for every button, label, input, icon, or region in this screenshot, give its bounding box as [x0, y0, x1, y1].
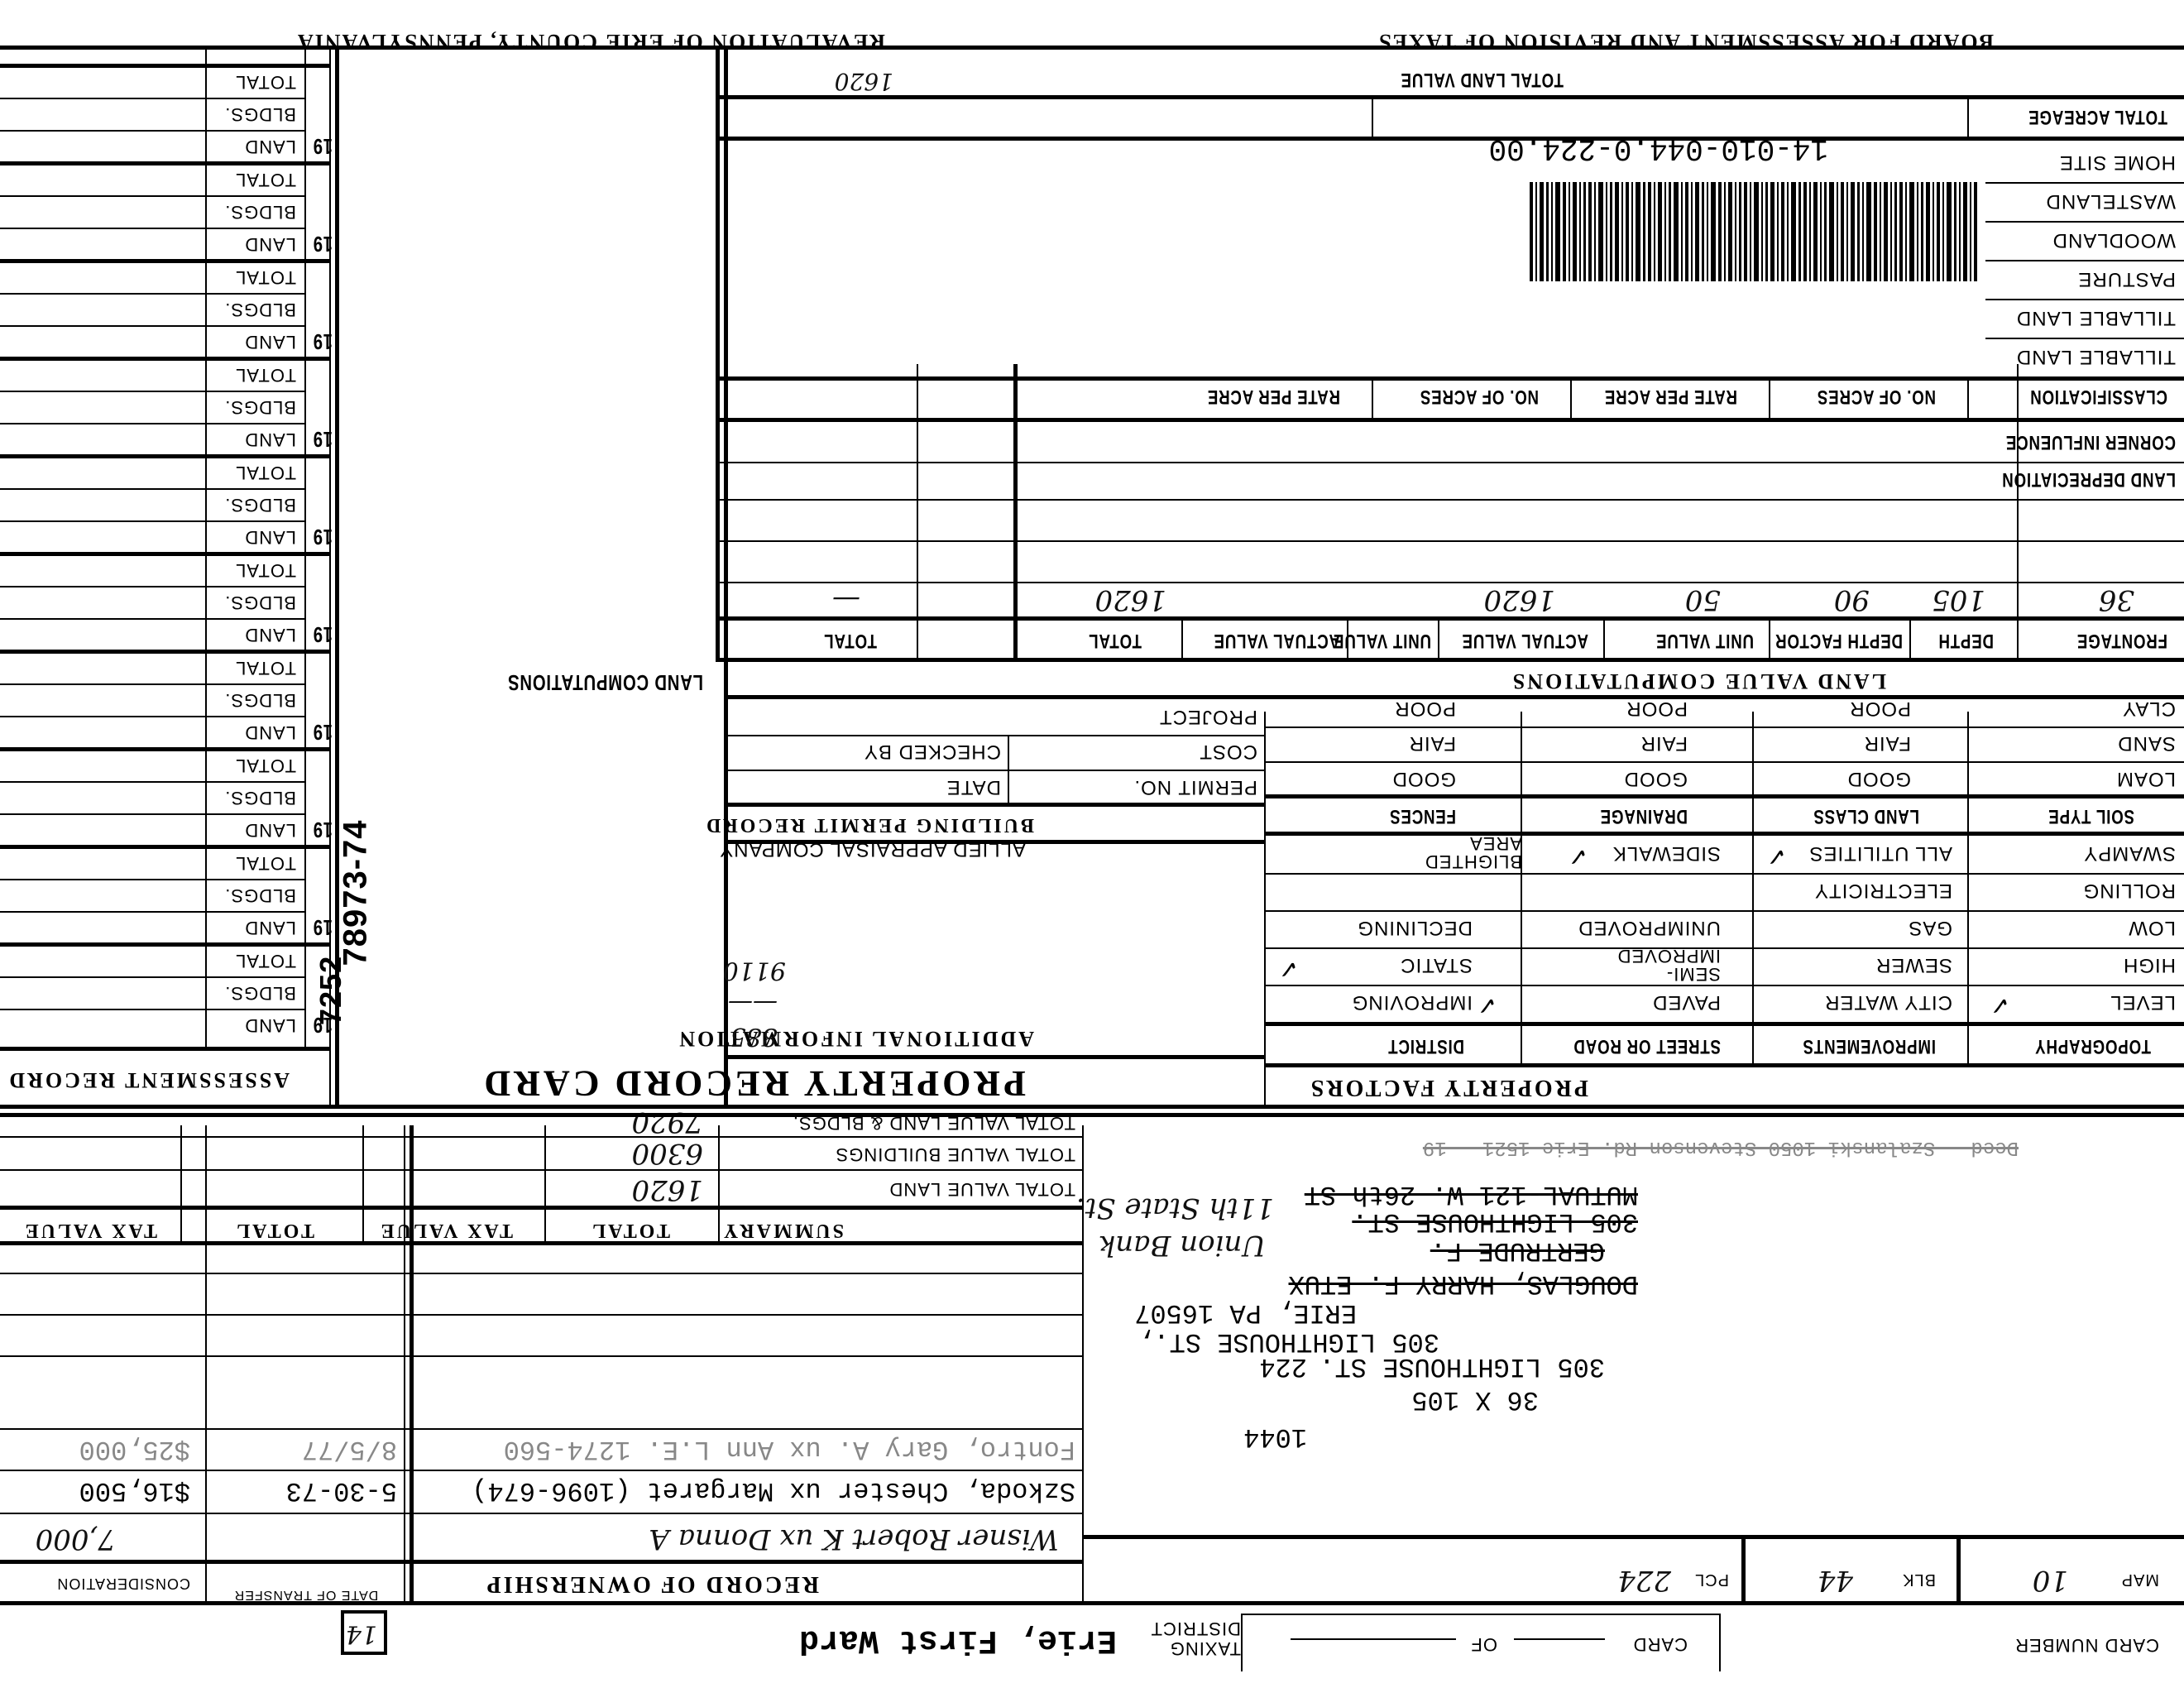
date-of-transfer-header: DATE OF TRANSFER — [232, 1587, 381, 1602]
assessment-row-label: LAND — [244, 722, 296, 743]
summary-total-2: TOTAL — [234, 1219, 314, 1241]
assessment-row-label: TOTAL — [235, 755, 296, 776]
prior-owner-3: 305 LIGHTHOUSE ST. — [1352, 1206, 1638, 1237]
assessment-value-field[interactable] — [4, 362, 203, 389]
fences-good[interactable]: GOOD — [1392, 767, 1456, 790]
assessment-row-label: TOTAL — [235, 364, 296, 386]
classification-header: CLASSIFICATION — [2029, 385, 2167, 408]
assessment-value-field[interactable] — [4, 753, 203, 779]
drainage-fair[interactable]: FAIR — [1640, 731, 1688, 755]
assessment-row-label: TOTAL — [235, 169, 296, 190]
assessment-value-field[interactable] — [4, 948, 203, 975]
fences-fair[interactable]: FAIR — [1409, 731, 1456, 755]
topography-header: TOPOGRAPHY — [2034, 1034, 2151, 1057]
ownership-title: RECORD OF OWNERSHIP — [485, 1571, 819, 1597]
summary-land-bldgs-total[interactable]: 7920 — [631, 1105, 703, 1139]
hand-number-1: 9110 — [723, 956, 786, 985]
assessment-value-field[interactable] — [4, 199, 203, 226]
assessment-value-field[interactable] — [4, 590, 203, 616]
blk-value[interactable]: 44 — [1818, 1564, 1853, 1597]
hand-number-2: —— — [728, 989, 778, 1018]
assessment-value-field[interactable] — [4, 460, 203, 487]
card-of-label: OF — [1470, 1633, 1497, 1655]
assessment-row-label: LAND — [244, 233, 296, 255]
hand-owner-1: Union Bank — [1099, 1229, 1266, 1262]
assessment-value-field[interactable] — [4, 427, 203, 453]
assessment-row-label: TOTAL — [235, 657, 296, 679]
assessment-row-label: BLDGS. — [224, 982, 296, 1004]
total-land-value-label: TOTAL LAND VALUE — [1401, 68, 1564, 91]
assessment-value-field[interactable] — [4, 720, 203, 746]
year-prefix: 19 — [313, 426, 333, 452]
summary-total-1: TOTAL — [590, 1219, 670, 1241]
year-prefix: 19 — [313, 524, 333, 549]
assessment-value-field[interactable] — [4, 232, 203, 258]
lot-dimensions: 36 X 105 — [1411, 1384, 1539, 1415]
county-title: REVALUATION OF ERIE COUNTY, PENNSYLVANIA — [296, 29, 885, 54]
assessment-row-label: BLDGS. — [224, 396, 296, 418]
improvements-header: IMPROVEMENTS — [1803, 1034, 1936, 1057]
year-prefix: 19 — [313, 133, 333, 159]
year-prefix: 19 — [313, 231, 333, 257]
drainage-header: DRAINAGE — [1600, 804, 1688, 827]
assessment-value-field[interactable] — [4, 622, 203, 649]
year-prefix: 19 — [313, 914, 333, 940]
permit-cost-label: COST — [1199, 740, 1257, 763]
soil-clay[interactable]: CLAY — [2122, 697, 2176, 720]
land-value-title: LAND VALUE COMPUTATIONS — [1511, 669, 1886, 693]
hand-owner-2: 11th State St. — [1076, 1192, 1274, 1225]
pcl-label: PCL — [1694, 1570, 1729, 1589]
map-value[interactable]: 10 — [2033, 1564, 2068, 1597]
prior-owner-2: GERTRUDE F. — [1430, 1235, 1605, 1266]
assessment-value-field[interactable] — [4, 981, 203, 1007]
street-header: STREET OR ROAD — [1573, 1034, 1721, 1057]
total-acreage-label: TOTAL ACREAGE — [2028, 105, 2167, 128]
check-icon: ✓ — [1477, 990, 1497, 1019]
assessment-value-field[interactable] — [4, 102, 203, 128]
assessment-record-title: ASSESSMENT RECORD — [7, 1067, 290, 1092]
land-class-header: LAND CLASS — [1813, 804, 1919, 827]
consideration-header: CONSIDERATION — [56, 1575, 190, 1592]
drainage-poor[interactable]: POOR — [1626, 697, 1688, 720]
assessment-value-field[interactable] — [4, 395, 203, 421]
assessment-value-field[interactable] — [4, 818, 203, 844]
summary-buildings-label: TOTAL VALUE BUILDINGS — [836, 1144, 1075, 1165]
pcl-value[interactable]: 224 — [1617, 1564, 1671, 1597]
check-icon: ✓ — [1766, 842, 1787, 870]
mailing-address-1: 305 LIGHTHOUSE ST., — [1137, 1326, 1439, 1357]
property-factors-title: PROPERTY FACTORS — [1309, 1074, 1588, 1101]
land-class-good[interactable]: GOOD — [1847, 767, 1911, 790]
summary-land-label: TOTAL VALUE LAND — [889, 1178, 1075, 1200]
assessment-value-field[interactable] — [4, 851, 203, 877]
prior-owner-4: MUTUAL-121 W. 26th ST — [1305, 1179, 1638, 1210]
assessment-row-label: LAND — [244, 136, 296, 157]
mailing-address-2: ERIE, PA 16507 — [1134, 1297, 1357, 1328]
assessment-row-label: BLDGS. — [224, 103, 296, 125]
summary-land-total[interactable]: 1620 — [631, 1173, 703, 1206]
year-prefix: 19 — [313, 328, 333, 354]
map-label: MAP — [2121, 1570, 2159, 1589]
assessment-row-label: TOTAL — [235, 950, 296, 971]
assessment-row-label: LAND — [244, 1014, 296, 1036]
soil-type-header: SOIL TYPE — [2048, 804, 2134, 827]
ward-code: 1044 — [1243, 1422, 1307, 1452]
assessment-value-field[interactable] — [4, 525, 203, 551]
project-label: PROJECT — [1159, 705, 1257, 728]
assessment-row-label: LAND — [244, 917, 296, 938]
assessment-value-field[interactable] — [4, 558, 203, 584]
assessment-row-label: BLDGS. — [224, 299, 296, 320]
taxing-district-value: Erie, First Ward — [799, 1621, 1117, 1658]
assessment-value-field[interactable] — [4, 688, 203, 714]
assessment-row-label: TOTAL — [235, 266, 296, 288]
taxing-district-label: TAXING DISTRICT — [1125, 1618, 1241, 1658]
assessment-row-label: BLDGS. — [224, 201, 296, 223]
assessment-row-label: TOTAL — [235, 852, 296, 874]
prior-owner-1: DOUGLAS, HARRY F. ETUX — [1289, 1268, 1638, 1299]
assessment-value-field[interactable] — [4, 915, 203, 942]
assessment-row-label: TOTAL — [235, 559, 296, 581]
land-depreciation-label: LAND DEPRECIATION — [2001, 468, 2176, 491]
district-header: DISTRICT — [1387, 1034, 1464, 1057]
fences-poor[interactable]: POOR — [1394, 697, 1456, 720]
drainage-good[interactable]: GOOD — [1624, 767, 1688, 790]
boxed-mark: 14 — [341, 1610, 387, 1655]
year-prefix: 19 — [313, 621, 333, 647]
property-record-card: CARD NUMBER CARD OF TAXING DISTRICT Erie… — [0, 0, 2184, 1688]
assessment-value-field[interactable] — [4, 134, 203, 161]
checked-by-label: CHECKED BY — [864, 740, 1001, 763]
card-title: PROPERTY RECORD CARD — [481, 1062, 1026, 1105]
blk-label: BLK — [1902, 1570, 1936, 1589]
assessment-value-field[interactable] — [4, 297, 203, 324]
building-permit-title: BUILDING PERMIT RECORD — [704, 813, 1034, 836]
assessment-value-field[interactable] — [4, 167, 203, 194]
soil-sand[interactable]: SAND — [2117, 731, 2176, 755]
stamp-number-1: 78973-74 — [338, 819, 375, 966]
assessment-value-field[interactable] — [4, 492, 203, 519]
assessment-row-label: LAND — [244, 819, 296, 841]
assessment-row-label: BLDGS. — [224, 787, 296, 808]
assessment-row-label: LAND — [244, 526, 296, 548]
board-title: BOARD FOR ASSESSMENT AND REVISION OF TAX… — [1377, 29, 1994, 54]
hand-mark: 1620 — [835, 68, 893, 95]
barcode-icon — [1315, 182, 1977, 281]
land-class-fair[interactable]: FAIR — [1864, 731, 1911, 755]
assessment-value-field[interactable] — [4, 329, 203, 356]
assessment-row-label: BLDGS. — [224, 689, 296, 711]
assessment-row-label: LAND — [244, 331, 296, 352]
assessment-row-label: LAND — [244, 624, 296, 645]
check-icon: ✓ — [1278, 954, 1299, 983]
summary-tax-2: TAX VALUE — [23, 1219, 157, 1241]
assessment-value-field[interactable] — [4, 70, 203, 96]
permit-no-label: PERMIT NO. — [1133, 775, 1257, 798]
assessment-value-field[interactable] — [4, 265, 203, 291]
assessment-row-label: BLDGS. — [224, 494, 296, 516]
card-number-label: CARD NUMBER — [2014, 1635, 2159, 1655]
year-prefix: 19 — [313, 817, 333, 842]
assessment-value-field[interactable] — [4, 655, 203, 682]
permit-date-label: DATE — [946, 775, 1001, 798]
year-prefix: 19 — [313, 1012, 333, 1038]
card-label: CARD — [1633, 1633, 1688, 1655]
summary-header: SUMMARY — [721, 1219, 844, 1241]
assessment-row-label: TOTAL — [235, 462, 296, 483]
assessment-value-field[interactable] — [4, 883, 203, 909]
summary-tax-1: TAX VALUE — [379, 1219, 513, 1241]
assessment-row-label: BLDGS. — [224, 592, 296, 613]
hand-number-3: 885 — [730, 1022, 778, 1051]
fences-header: FENCES — [1389, 804, 1456, 827]
check-icon: ✓ — [1568, 842, 1588, 870]
check-icon: ✓ — [1990, 990, 2010, 1019]
soil-loam[interactable]: LOAM — [2116, 767, 2176, 790]
year-prefix: 19 — [313, 719, 333, 745]
assessment-value-field[interactable] — [4, 785, 203, 812]
assessment-row-label: LAND — [244, 429, 296, 450]
assessment-row-label: TOTAL — [235, 71, 296, 93]
assessment-row-label: BLDGS. — [224, 885, 296, 906]
faded-deed-line: Deed - Szalanski 1050 Stevenson Rd. Erie… — [1423, 1136, 2019, 1158]
land-class-poor[interactable]: POOR — [1849, 697, 1911, 720]
assessment-value-field[interactable] — [4, 1013, 203, 1039]
corner-influence-label: CORNER INFLUENCE — [2005, 430, 2176, 453]
summary-buildings-total[interactable]: 6300 — [631, 1137, 703, 1170]
land-computations-label: LAND COMPUTATIONS — [507, 669, 703, 695]
